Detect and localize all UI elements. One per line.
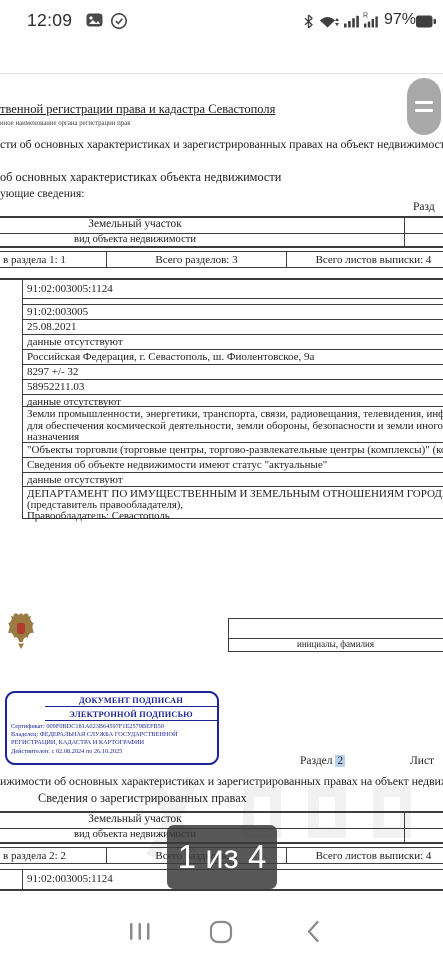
- stamp-title-2: ЭЛЕКТРОННОЙ ПОДПИСЬЮ: [45, 707, 217, 721]
- cad-number-row: 91:02:003005:1124: [22, 280, 443, 300]
- stamp-certificate: Сертификат: 009F0BDC181A023B64597F1E2579…: [7, 721, 217, 731]
- no-data-row-1: данные отсутствуют: [22, 335, 443, 350]
- svg-text:R: R: [363, 13, 368, 20]
- stamp-holder-1: Владелец: ФЕДЕРАЛЬНАЯ СЛУЖБА ГОСУДАРСТВЕ…: [7, 731, 217, 739]
- recents-button[interactable]: [129, 922, 152, 946]
- no-data-row-3: данные отсутствуют: [22, 473, 443, 487]
- section2-word: Раздел: [300, 755, 333, 767]
- reg-date-row: 25.08.2021: [22, 320, 443, 335]
- t1-line3: [0, 246, 443, 248]
- intro-line: ующие сведения:: [0, 188, 85, 200]
- land-category-row: Земли промышленности, энергетики, трансп…: [22, 407, 443, 443]
- sig-line-1: [228, 618, 443, 619]
- battery-percent: 97%: [384, 11, 416, 29]
- section1-heading: об основных характеристиках объекта недв…: [0, 170, 281, 185]
- page-indicator-toast: 1 из 4: [167, 825, 277, 889]
- cad2-bottom: [0, 889, 443, 891]
- roaming-signal-icon: R: [363, 11, 380, 33]
- owner-line: Правообладатель: Севастополь: [27, 511, 443, 522]
- coat-of-arms-icon: [6, 611, 36, 656]
- org-name: твенной регистрации права и кадастра Сев…: [0, 102, 275, 117]
- owner-row: ДЕПАРТАМЕНТ ПО ИМУЩЕСТВЕННЫМ И ЗЕМЕЛЬНЫМ…: [22, 487, 443, 519]
- address-row: Российская Федерация, г. Севастополь, ш.…: [22, 350, 443, 365]
- t3-total-sheets: Всего листов выписки: 4: [287, 848, 443, 863]
- area-row: 8297 +/- 32: [22, 365, 443, 380]
- t3-sheets: в раздела 2: 2: [0, 848, 107, 863]
- no-data-row-2: данные отсутствуют: [22, 395, 443, 407]
- section1-label: Разд: [413, 201, 435, 213]
- land-category-line: Земли промышленности, энергетики, трансп…: [27, 409, 443, 421]
- gallery-icon: [86, 13, 103, 32]
- sig-line-3: [228, 651, 443, 652]
- t1-total-sections: Всего разделов: 3: [107, 252, 287, 267]
- t1-object-type: Земельный участок: [0, 218, 270, 230]
- document-viewer[interactable]: твенной регистрации права и кадастра Сев…: [0, 74, 443, 900]
- extract-title: сти об основных характеристиках и зареги…: [0, 137, 443, 152]
- wifi-icon: [318, 15, 340, 34]
- navigation-bar: [0, 900, 443, 960]
- bluetooth-icon: [303, 14, 314, 34]
- digital-signature-stamp: ДОКУМЕНТ ПОДПИСАН ЭЛЕКТРОННОЙ ПОДПИСЬЮ С…: [5, 691, 219, 765]
- sheet-label: Лист: [410, 755, 434, 767]
- back-button[interactable]: [306, 920, 321, 948]
- cad2-vline: [22, 869, 23, 889]
- section2-heading: Сведения о зарегистрированных правах: [38, 791, 247, 806]
- menu-line-icon: [415, 109, 433, 112]
- section2-number-highlighted: 2: [335, 755, 345, 767]
- t3-vdivider: [404, 811, 405, 843]
- home-button[interactable]: [209, 920, 234, 950]
- section2-label: Раздел 2: [300, 755, 345, 767]
- permitted-use-row: "Объекты торговли (торговые центры, торг…: [22, 443, 443, 458]
- t1-vdivider: [404, 216, 405, 247]
- owner-line: (представитель правообладателя),: [27, 500, 443, 511]
- cad-number-2: 91:02:003005:1124: [27, 873, 113, 885]
- org-name-caption: иное наименование органа регистрации пра…: [0, 120, 130, 127]
- stamp-title-1: ДОКУМЕНТ ПОДПИСАН: [45, 693, 217, 707]
- t1-sheets: в раздела 1: 1: [0, 252, 107, 267]
- land-category-line: для обеспечения космической деятельности…: [27, 421, 443, 433]
- t1-object-type-caption: вид объекта недвижимости: [0, 234, 270, 245]
- status-bar: 12:09 R: [0, 0, 443, 44]
- extract-title-2: ижимости об основных характеристиках и з…: [0, 774, 443, 789]
- menu-line-icon: [415, 101, 433, 104]
- menu-handle-button[interactable]: [407, 78, 441, 135]
- stamp-validity: Действителен: с 02.08.2024 по 26.10.2025: [7, 748, 217, 756]
- cadastral-value-row: 58952211.03: [22, 380, 443, 395]
- t3-object-type: Земельный участок: [0, 813, 270, 825]
- phone-screen: 12:09 R: [0, 0, 443, 960]
- t1-total-sheets: Всего листов выписки: 4: [287, 252, 443, 267]
- clock-time: 12:09: [27, 10, 72, 31]
- quarter-number-row: 91:02:003005: [22, 305, 443, 320]
- status-row: Сведения об объекте недвижимости имеют с…: [22, 458, 443, 473]
- battery-icon: [416, 15, 437, 33]
- initials-label: инициалы, фамилия: [228, 639, 443, 649]
- signal-icon: [344, 14, 360, 33]
- stamp-holder-2: РЕГИСТРАЦИИ, КАДАСТРА И КАРТОГРАФИИ: [7, 739, 217, 747]
- page-indicator-text: 1 из 4: [178, 838, 267, 876]
- check-circle-icon: [110, 12, 128, 35]
- t1-summary-row: в раздела 1: 1 Всего разделов: 3 Всего л…: [0, 251, 443, 268]
